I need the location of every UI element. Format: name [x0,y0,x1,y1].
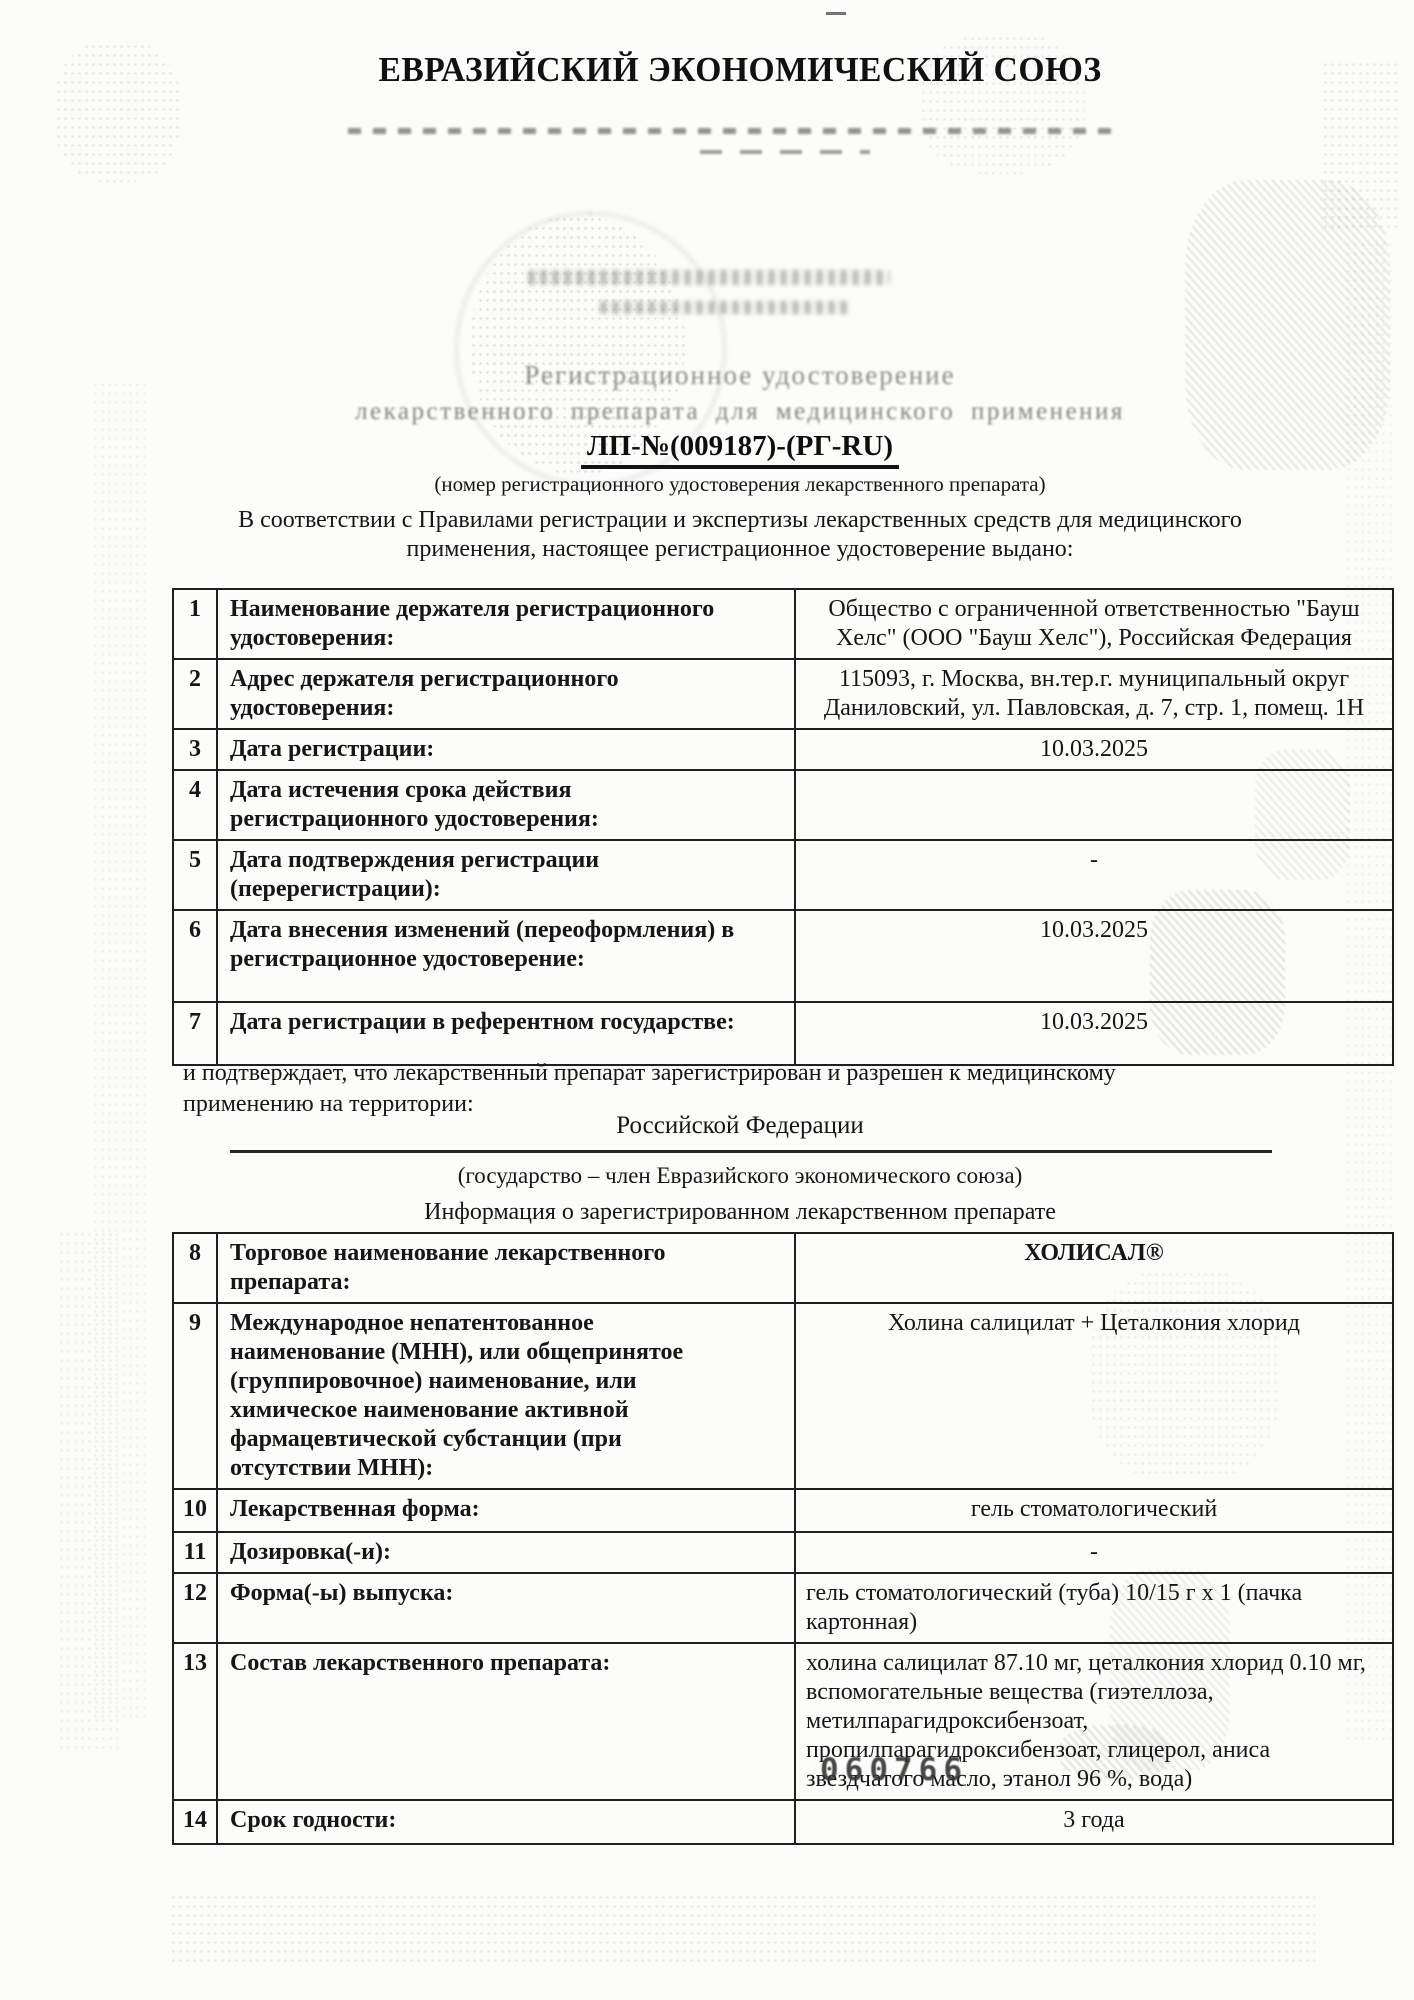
registration-number: ЛП-№(009187)-(РГ-RU) [581,430,899,469]
row-label: Международное непатентованное наименован… [217,1303,795,1489]
row-number: 14 [173,1800,217,1844]
row-label: Торговое наименование лекарственного пре… [217,1233,795,1303]
row-number: 7 [173,1002,217,1065]
ministry-stamp-smudge-1 [528,270,890,285]
row-label: Срок годности: [217,1800,795,1844]
stamp-subheading-faded: лекарственного препарата для медицинског… [180,398,1300,426]
row-value: 10.03.2025 [795,1002,1393,1065]
row-value-trade-name: ХОЛИСАЛ® [795,1233,1393,1303]
table-row: 1 Наименование держателя регистрационног… [173,589,1393,659]
title-underline-smudge [348,128,1118,134]
certificate-page: ЕВРАЗИЙСКИЙ ЭКОНОМИЧЕСКИЙ СОЮЗ Регистрац… [0,0,1414,2000]
eaeu-title: ЕВРАЗИЙСКИЙ ЭКОНОМИЧЕСКИЙ СОЮЗ [202,50,1277,90]
table-row: 12 Форма(-ы) выпуска: гель стоматологиче… [173,1573,1393,1643]
table-row: 13 Состав лекарственного препарата: холи… [173,1643,1393,1800]
row-value: гель стоматологический (туба) 10/15 г х … [795,1573,1393,1643]
row-value: 115093, г. Москва, вн.тер.г. муниципальн… [795,659,1393,729]
row-label: Лекарственная форма: [217,1489,795,1532]
stamp-heading-faded: Регистрационное удостоверение [180,360,1300,391]
product-table: 8 Торговое наименование лекарственного п… [172,1232,1394,1845]
row-label: Наименование держателя регистрационного … [217,589,795,659]
table-row: 10 Лекарственная форма: гель стоматологи… [173,1489,1393,1532]
table-row: 3 Дата регистрации: 10.03.2025 [173,729,1393,770]
table-row: 7 Дата регистрации в референтном государ… [173,1002,1393,1065]
registration-number-caption: (номер регистрационного удостоверения ле… [180,472,1300,497]
registration-number-wrap: ЛП-№(009187)-(РГ-RU) [180,430,1300,469]
table-row: 4 Дата истечения срока действия регистра… [173,770,1393,840]
row-number: 12 [173,1573,217,1643]
territory-underline [230,1150,1272,1153]
row-number: 10 [173,1489,217,1532]
row-value: Холина салицилат + Цеталкония хлорид [795,1303,1393,1489]
row-value: 3 года [795,1800,1393,1844]
territory-caption: (государство – член Евразийского экономи… [180,1163,1300,1189]
row-label: Дата внесения изменений (переоформления)… [217,910,795,1002]
row-number: 9 [173,1303,217,1489]
row-value: Общество с ограниченной ответственностью… [795,589,1393,659]
row-value: 10.03.2025 [795,910,1393,1002]
row-number: 6 [173,910,217,1002]
holder-table: 1 Наименование держателя регистрационног… [172,588,1394,1066]
row-label: Дата регистрации в референтном государст… [217,1002,795,1065]
territory-name: Российской Федерации [180,1112,1300,1140]
row-label: Дата регистрации: [217,729,795,770]
row-number: 2 [173,659,217,729]
info-heading: Информация о зарегистрированном лекарств… [180,1199,1300,1226]
row-value [795,770,1393,840]
row-number: 4 [173,770,217,840]
table-row: 9 Международное непатентованное наименов… [173,1303,1393,1489]
table-row: 2 Адрес держателя регистрационного удост… [173,659,1393,729]
intro-paragraph: В соответствии с Правилами регистрации и… [224,506,1256,564]
row-label: Состав лекарственного препарата: [217,1643,795,1800]
row-label: Дата подтверждения регистрации (перереги… [217,840,795,910]
ministry-stamp-smudge-2 [600,301,852,314]
row-label: Дозировка(-и): [217,1532,795,1573]
title-underline-smudge-2 [700,150,870,154]
row-number: 8 [173,1233,217,1303]
row-label: Форма(-ы) выпуска: [217,1573,795,1643]
row-value: гель стоматологический [795,1489,1393,1532]
row-number: 11 [173,1532,217,1573]
row-value: 10.03.2025 [795,729,1393,770]
row-number: 5 [173,840,217,910]
table-row: 8 Торговое наименование лекарственного п… [173,1233,1393,1303]
top-edge-mark [826,12,846,15]
row-number: 13 [173,1643,217,1800]
row-number: 3 [173,729,217,770]
table-row: 5 Дата подтверждения регистрации (перере… [173,840,1393,910]
row-value: - [795,840,1393,910]
row-number: 1 [173,589,217,659]
table-row: 11 Дозировка(-и): - [173,1532,1393,1573]
table-row: 6 Дата внесения изменений (переоформлени… [173,910,1393,1002]
table-row: 14 Срок годности: 3 года [173,1800,1393,1844]
row-value: - [795,1532,1393,1573]
confirmation-paragraph: и подтверждает, что лекарственный препар… [183,1058,1185,1120]
form-serial-number: 060766 [820,1752,968,1788]
row-label: Адрес держателя регистрационного удостов… [217,659,795,729]
row-label: Дата истечения срока действия регистраци… [217,770,795,840]
